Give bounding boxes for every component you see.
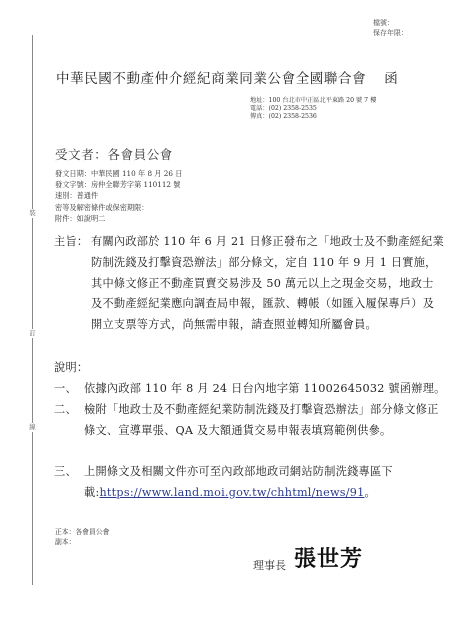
security-level: 密等及解密條件或保密期限： bbox=[55, 202, 182, 213]
subject-label: 主旨： bbox=[54, 232, 88, 253]
attachment: 附件：如說明二 bbox=[55, 213, 182, 224]
issue-date: 發文日期：中華民國 110 年 8 月 26 日 bbox=[55, 168, 182, 179]
phone: 電話：(02) 2358-2535 bbox=[250, 105, 376, 113]
document-number: 發文字號：房仲全聯芳字第 110112 號 bbox=[55, 179, 182, 190]
binding-mark-xian: 線 bbox=[27, 423, 38, 432]
fax: 傳真：(02) 2358-2536 bbox=[250, 113, 376, 121]
recipient: 受文者：各會員公會 bbox=[55, 145, 173, 163]
item-text: 依據內政部 110 年 8 月 24 日台內地字第 11002645032 號函… bbox=[84, 379, 446, 400]
binding-mark-ding: 訂 bbox=[27, 329, 38, 338]
copy-recipients: 副本： bbox=[55, 537, 109, 547]
item-number: 二、 bbox=[54, 400, 77, 421]
address: 地址：100 台北市中正區北平東路 20 號 7 樓 bbox=[250, 97, 376, 105]
file-meta: 檔號： 保存年限： bbox=[373, 18, 408, 38]
document-meta: 發文日期：中華民國 110 年 8 月 26 日 發文字號：房仲全聯芳字第 11… bbox=[55, 168, 182, 224]
letterhead: 中華民國不動產仲介經紀商業同業公會全國聯合會函 bbox=[56, 67, 398, 87]
retention-label: 保存年限： bbox=[373, 28, 408, 38]
original-recipients: 正本：各會員公會 bbox=[55, 527, 109, 537]
signer-title: 理事長 bbox=[253, 559, 286, 572]
binding-line bbox=[32, 35, 33, 585]
distribution: 正本：各會員公會 副本： bbox=[55, 527, 109, 547]
doc-type: 函 bbox=[384, 71, 398, 87]
download-link[interactable]: https://www.land.moi.gov.tw/chhtml/news/… bbox=[99, 486, 364, 499]
item-text: 上開條文及相關文件亦可至內政部地政司網站防制洗錢專區下載:https://www… bbox=[84, 462, 446, 504]
subject-section: 主旨： 有關內政部於 110 年 6 月 21 日修正發布之「地政士及不動產經紀… bbox=[54, 232, 444, 336]
item-number: 三、 bbox=[54, 462, 77, 483]
contact-info: 地址：100 台北市中正區北平東路 20 號 7 樓 電話：(02) 2358-… bbox=[250, 97, 376, 121]
binding-mark-zhuang: 裝 bbox=[27, 209, 38, 218]
file-number-label: 檔號： bbox=[373, 18, 394, 28]
signer-name: 張世芳 bbox=[294, 547, 363, 572]
item-text-after: 。 bbox=[365, 486, 376, 499]
item-number: 一、 bbox=[54, 379, 77, 400]
item-text: 檢附「地政士及不動產經紀業防制洗錢及打擊資恐辦法」部分條文修正條文、宣導單張、Q… bbox=[84, 400, 446, 442]
delivery-speed: 速別：普通件 bbox=[55, 190, 182, 201]
explanation-item: 三、 上開條文及相關文件亦可至內政部地政司網站防制洗錢專區下載:https://… bbox=[54, 462, 446, 504]
explanation-item: 二、 檢附「地政士及不動產經紀業防制洗錢及打擊資恐辦法」部分條文修正條文、宣導單… bbox=[54, 400, 446, 442]
subject-text: 有關內政部於 110 年 6 月 21 日修正發布之「地政士及不動產經紀業防制洗… bbox=[91, 232, 444, 336]
explanation-item: 一、 依據內政部 110 年 8 月 24 日台內地字第 11002645032… bbox=[54, 379, 446, 400]
signature-block: 理事長張世芳 bbox=[253, 542, 363, 573]
org-name: 中華民國不動產仲介經紀商業同業公會全國聯合會 bbox=[56, 71, 366, 87]
explanation-label: 說明： bbox=[54, 358, 88, 379]
